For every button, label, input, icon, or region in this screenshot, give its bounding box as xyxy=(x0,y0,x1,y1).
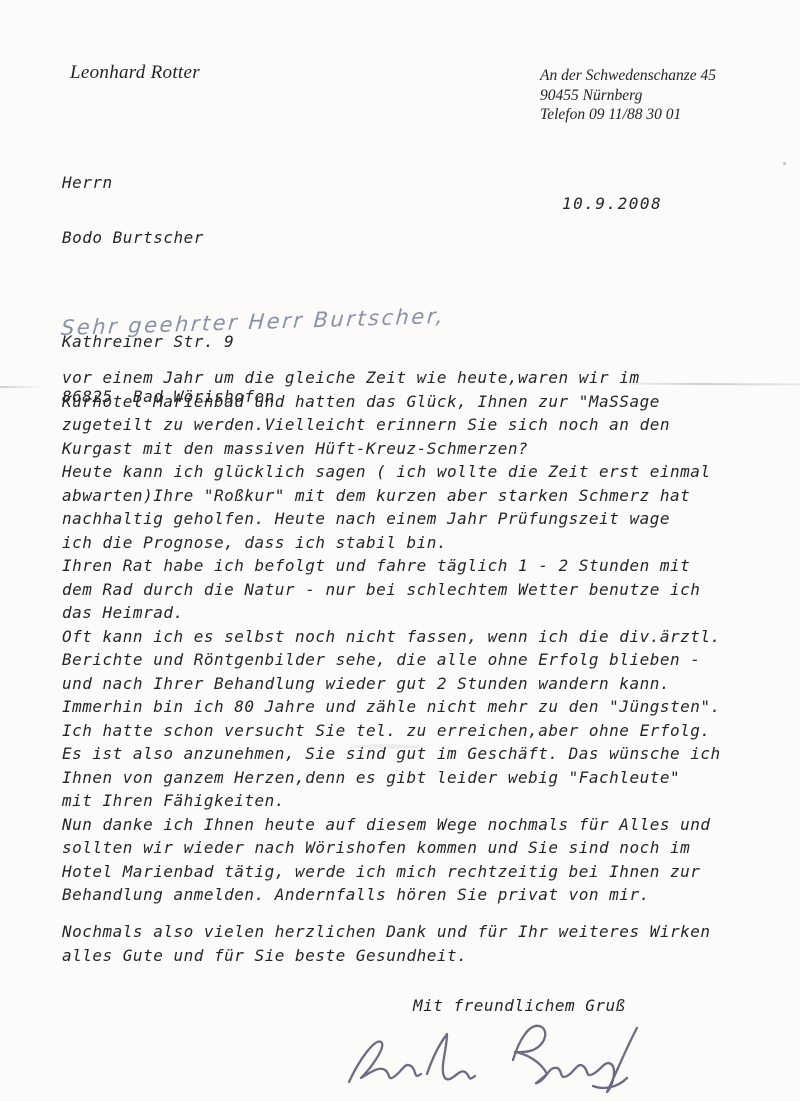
letter-closing-paragraph: Nochmals also vielen herzlichen Dank und… xyxy=(62,920,711,967)
body-line: abwarten)Ihre "Roßkur" mit dem kurzen ab… xyxy=(62,484,721,508)
body-line: alles Gute und für Sie beste Gesundheit. xyxy=(62,944,711,968)
closing-formula: Mit freundlichem Gruß xyxy=(413,996,626,1015)
recipient-name: Bodo Burtscher xyxy=(62,229,275,246)
body-line: das Heimrad. xyxy=(62,601,721,625)
handwritten-signature xyxy=(335,1016,665,1101)
body-line: Kurhotel Marienbad und hatten das Glück,… xyxy=(62,390,721,414)
body-line: mit Ihren Fähigkeiten. xyxy=(62,789,721,813)
sender-address-line: Telefon 09 11/88 30 01 xyxy=(540,105,716,125)
body-line: nachhaltig geholfen. Heute nach einem Ja… xyxy=(62,507,721,531)
scanned-letter-page: Leonhard Rotter An der Schwedenschanze 4… xyxy=(0,0,800,1101)
body-line: dem Rad durch die Natur - nur bei schlec… xyxy=(62,578,721,602)
signature-scrawl-icon xyxy=(335,1016,665,1101)
letter-date: 10.9.2008 xyxy=(562,194,662,213)
body-line: Ich hatte schon versucht Sie tel. zu err… xyxy=(62,719,721,743)
body-line: Ihnen von ganzem Herzen,denn es gibt lei… xyxy=(62,766,721,790)
body-line: zugeteilt zu werden.Vielleicht erinnern … xyxy=(62,413,721,437)
body-line: Heute kann ich glücklich sagen ( ich wol… xyxy=(62,460,721,484)
paper-fold-crease xyxy=(0,386,44,388)
recipient-salutation-line: Herrn xyxy=(62,174,275,191)
sender-address-line: An der Schwedenschanze 45 xyxy=(540,66,716,86)
letter-body: vor einem Jahr um die gleiche Zeit wie h… xyxy=(62,366,721,907)
body-line: Berichte und Röntgenbilder sehe, die all… xyxy=(62,648,721,672)
body-line: Ihren Rat habe ich befolgt und fahre täg… xyxy=(62,554,721,578)
body-line: Es ist also anzunehmen, Sie sind gut im … xyxy=(62,742,721,766)
body-line: sollten wir wieder nach Wörishofen komme… xyxy=(62,836,721,860)
body-line: Behandlung anmelden. Andernfalls hören S… xyxy=(62,883,721,907)
body-line: ich die Prognose, dass ich stabil bin. xyxy=(62,531,721,555)
body-line: Nochmals also vielen herzlichen Dank und… xyxy=(62,920,711,944)
body-line: Hotel Marienbad tätig, werde ich mich re… xyxy=(62,860,721,884)
body-line: und nach Ihrer Behandlung wieder gut 2 S… xyxy=(62,672,721,696)
body-line: Immerhin bin ich 80 Jahre und zähle nich… xyxy=(62,695,721,719)
scan-speck xyxy=(783,162,786,165)
sender-address-line: 90455 Nürnberg xyxy=(540,86,716,106)
body-line: Oft kann ich es selbst noch nicht fassen… xyxy=(62,625,721,649)
body-line: Kurgast mit den massiven Hüft-Kreuz-Schm… xyxy=(62,437,721,461)
recipient-gap xyxy=(62,284,275,295)
body-line: Nun danke ich Ihnen heute auf diesem Weg… xyxy=(62,813,721,837)
sender-address-block: An der Schwedenschanze 45 90455 Nürnberg… xyxy=(540,66,716,125)
sender-name: Leonhard Rotter xyxy=(70,62,200,84)
body-line: vor einem Jahr um die gleiche Zeit wie h… xyxy=(62,366,721,390)
